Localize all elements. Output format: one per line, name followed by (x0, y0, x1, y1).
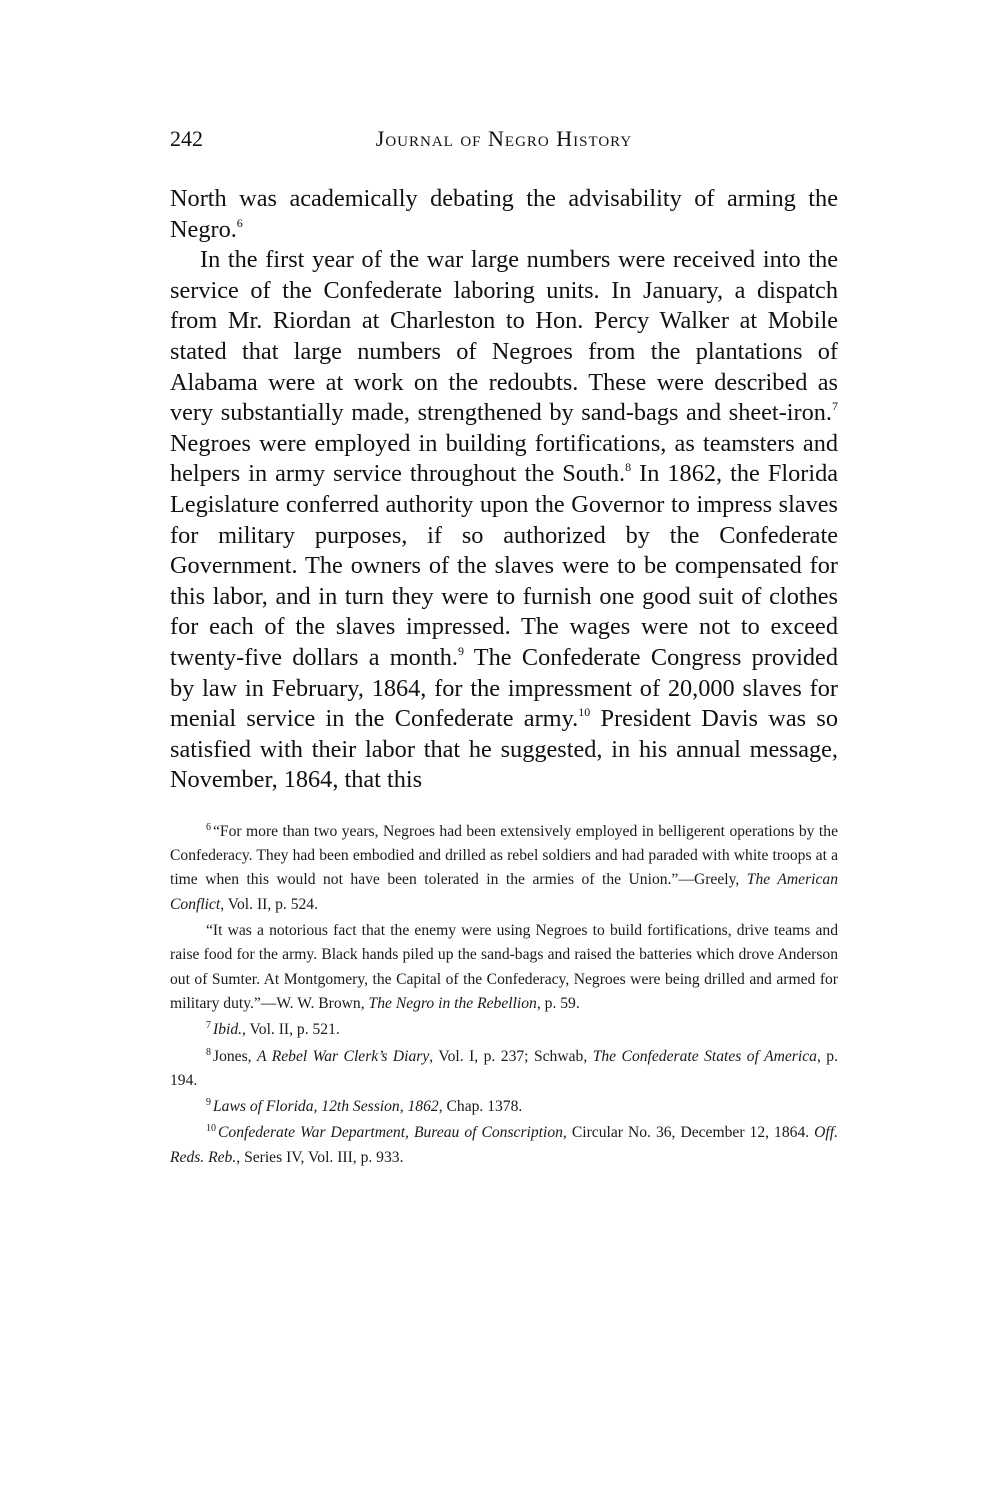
footnote-6: 6“For more than two years, Negroes had b… (170, 820, 838, 917)
body-text: North was academically debating the advi… (170, 184, 838, 796)
footnote-title: The Negro in the Rebellion (369, 995, 537, 1012)
footnote-10: 10Confederate War Department, Bureau of … (170, 1121, 838, 1170)
footnote-title: Ibid. (213, 1021, 242, 1038)
footnote-text: , Circular No. 36, December 12, 1864. (563, 1124, 814, 1141)
footnote-marker: 9 (206, 1097, 211, 1108)
footnote-title: A Rebel War Clerk’s Diary (257, 1048, 429, 1065)
footnote-text: , Chap. 1378. (439, 1098, 523, 1115)
footnote-text: , Series IV, Vol. III, p. 933. (236, 1149, 403, 1166)
footnote-title: Confederate War Department, Bureau of Co… (218, 1124, 563, 1141)
journal-title: Journal of Negro History (170, 126, 838, 152)
footnote-ref-7[interactable]: 7 (832, 399, 838, 413)
paragraph-text: In the first year of the war large numbe… (170, 246, 838, 426)
footnote-text: , Vol. II, p. 524. (220, 896, 318, 913)
footnote-marker: 10 (206, 1123, 216, 1134)
paragraph-2: In the first year of the war large numbe… (170, 245, 838, 796)
footnote-7: 7Ibid., Vol. II, p. 521. (170, 1018, 838, 1042)
footnote-text: Jones, (213, 1048, 257, 1065)
paragraph-text: In 1862, the Florida Legislature conferr… (170, 460, 838, 671)
footnote-ref-6[interactable]: 6 (237, 216, 243, 230)
footnote-text: , Vol. II, p. 521. (242, 1021, 340, 1038)
document-page: 242 Journal of Negro History North was a… (170, 126, 838, 1172)
footnote-title: Laws of Florida, 12th Session, 1862 (213, 1098, 439, 1115)
footnote-8: 8Jones, A Rebel War Clerk’s Diary, Vol. … (170, 1045, 838, 1094)
footnote-text: , p. 59. (537, 995, 580, 1012)
footnotes: 6“For more than two years, Negroes had b… (170, 820, 838, 1170)
footnote-ref-10[interactable]: 10 (578, 705, 590, 719)
footnote-9: 9Laws of Florida, 12th Session, 1862, Ch… (170, 1095, 838, 1119)
paragraph-1: North was academically debating the advi… (170, 184, 838, 245)
footnote-marker: 7 (206, 1020, 211, 1031)
footnote-6-continued: “It was a notorious fact that the enemy … (170, 919, 838, 1016)
footnote-text: “For more than two years, Negroes had be… (170, 823, 838, 889)
footnote-marker: 6 (206, 822, 211, 833)
footnote-text: , Vol. I, p. 237; Schwab, (429, 1048, 592, 1065)
footnote-marker: 8 (206, 1047, 211, 1058)
running-head: 242 Journal of Negro History (170, 126, 838, 158)
paragraph-text: North was academically debating the advi… (170, 185, 838, 243)
footnote-title: The Confederate States of America (593, 1048, 817, 1065)
